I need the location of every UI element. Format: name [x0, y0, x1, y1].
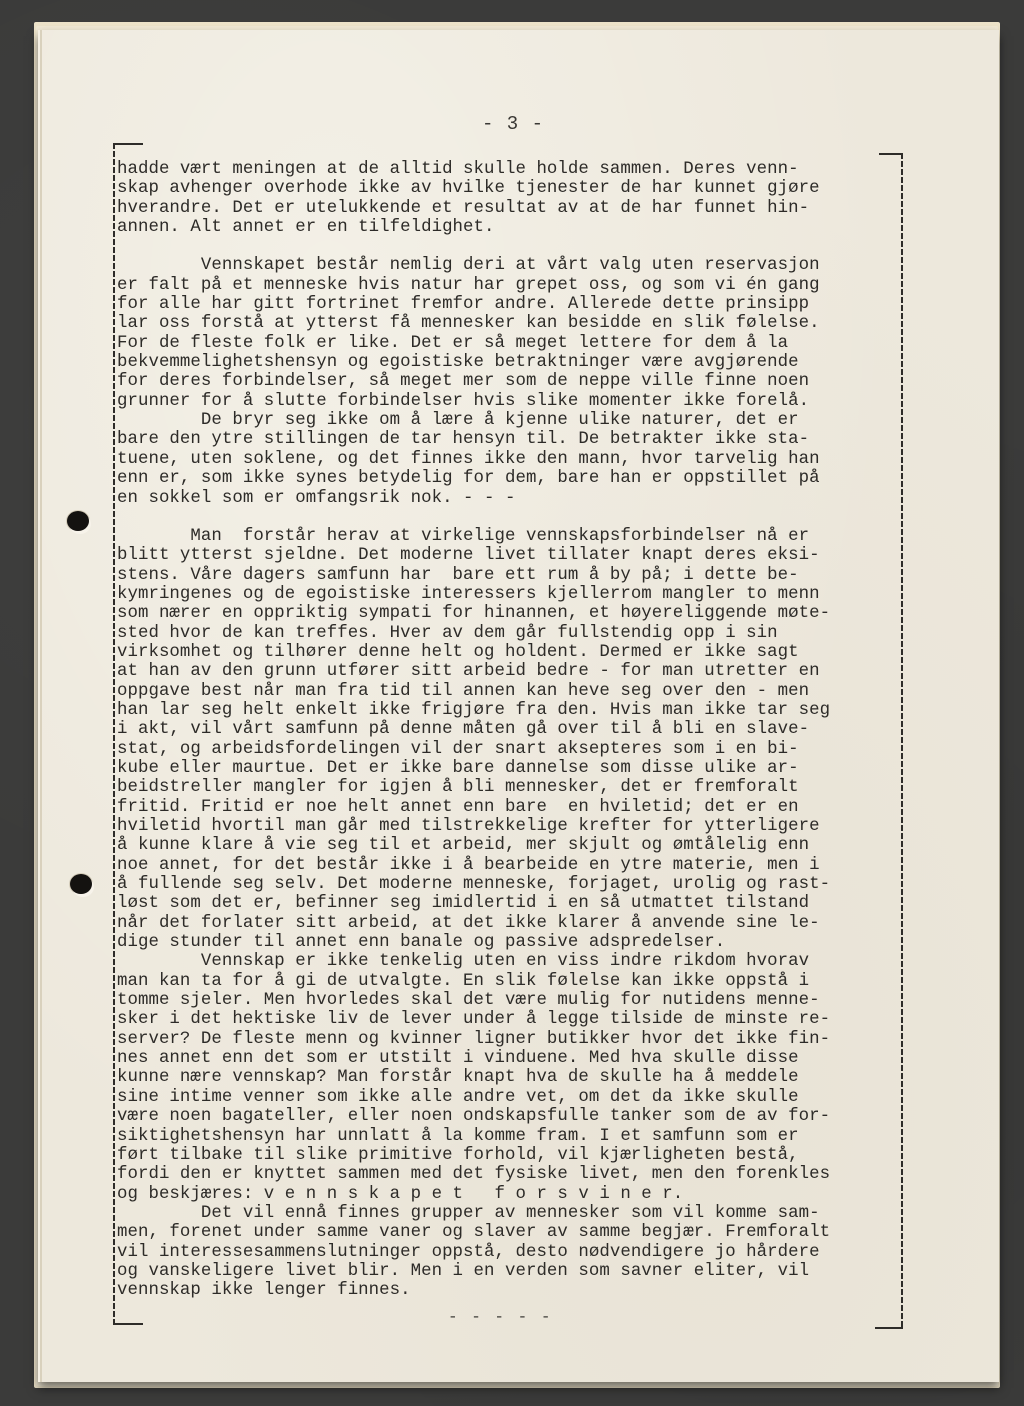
text-line: Vennskap er ikke tenkelig uten en viss i…: [117, 952, 907, 971]
text-line: hadde vært meningen at de alltid skulle …: [117, 160, 907, 179]
paragraph: Man forstår herav at virkelige vennskaps…: [117, 527, 907, 953]
text-line: kymringenes og de egoistiske interessers…: [117, 585, 907, 604]
text-line: å fullende seg selv. Det moderne mennesk…: [117, 875, 907, 894]
text-line: man kan ta for å gi de utvalgte. En slik…: [117, 972, 907, 991]
text-line: lar oss forstå at ytterst få mennesker k…: [117, 314, 907, 333]
text-line: enn er, som ikke synes betydelig for dem…: [117, 469, 907, 488]
paragraph: Det vil ennå finnes grupper av mennesker…: [117, 1204, 907, 1301]
text-line: Det vil ennå finnes grupper av mennesker…: [117, 1204, 907, 1223]
text-line: Vennskapet består nemlig deri at vårt va…: [117, 256, 907, 275]
text-line: De bryr seg ikke om å lære å kjenne ulik…: [117, 411, 907, 430]
closing-mark: - - - - -: [448, 1308, 552, 1326]
page-number: - 3 -: [482, 113, 544, 135]
frame-corner-top-right: [879, 153, 903, 155]
text-line: kube eller maurtue. Det er ikke bare dan…: [117, 759, 907, 778]
frame-corner-top-left: [113, 143, 143, 145]
text-line: og vanskeligere livet blir. Men i en ver…: [117, 1262, 907, 1281]
typewritten-body: hadde vært meningen at de alltid skulle …: [117, 160, 907, 1301]
frame-corner-bottom-right: [875, 1327, 903, 1329]
text-line: grunner for å slutte forbindelser hvis s…: [117, 392, 907, 411]
text-line: Man forstår herav at virkelige vennskaps…: [117, 527, 907, 546]
text-line: i akt, vil vårt samfunn på denne måten g…: [117, 720, 907, 739]
text-line: sted hvor de kan treffes. Hver av dem gå…: [117, 624, 907, 643]
paragraph: hadde vært meningen at de alltid skulle …: [117, 160, 907, 237]
frame-left-rule: [113, 143, 115, 1323]
frame-corner-bottom-left: [113, 1323, 143, 1325]
text-line: hviletid hvortil man går med tilstrekkel…: [117, 817, 907, 836]
punch-hole-icon: [67, 511, 89, 531]
text-line: en sokkel som er omfangsrik nok. - - -: [117, 489, 907, 508]
text-line: han lar seg helt enkelt ikke frigjøre fr…: [117, 701, 907, 720]
text-line: men, forenet under samme vaner og slaver…: [117, 1223, 907, 1242]
text-line: sker i det hektiske liv de lever under å…: [117, 1010, 907, 1029]
text-line: sine intime venner som ikke alle andre v…: [117, 1088, 907, 1107]
text-line: stens. Våre dagers samfunn har bare ett …: [117, 566, 907, 585]
text-line: bare den ytre stillingen de tar hensyn t…: [117, 430, 907, 449]
text-line: å kunne klare å vie seg til et arbeid, m…: [117, 836, 907, 855]
text-line: For de fleste folk er like. Det er så me…: [117, 334, 907, 353]
paragraph-gap: [117, 237, 907, 256]
text-line: når det forlater sitt arbeid, at det ikk…: [117, 914, 907, 933]
text-line: fritid. Fritid er noe helt annet enn bar…: [117, 798, 907, 817]
text-line: fordi den er knyttet sammen med det fysi…: [117, 1165, 907, 1184]
punch-hole-icon: [70, 874, 92, 894]
text-line: for deres forbindelser, så meget mer som…: [117, 372, 907, 391]
text-line: vennskap ikke lenger finnes.: [117, 1281, 907, 1300]
text-line: er falt på et menneske hvis natur har gr…: [117, 276, 907, 295]
text-line: for alle har gitt fortrinet fremfor andr…: [117, 295, 907, 314]
paragraph-gap: [117, 508, 907, 527]
text-line: noe annet, for det består ikke i å bearb…: [117, 856, 907, 875]
text-line: blitt ytterst sjeldne. Det moderne livet…: [117, 546, 907, 565]
text-line: ført tilbake til slike primitive forhold…: [117, 1146, 907, 1165]
paragraph: De bryr seg ikke om å lære å kjenne ulik…: [117, 411, 907, 508]
text-line: virksomhet og tilhører denne helt og hol…: [117, 643, 907, 662]
text-line: skap avhenger overhode ikke av hvilke tj…: [117, 179, 907, 198]
paragraph: Vennskap er ikke tenkelig uten en viss i…: [117, 952, 907, 1203]
text-line: være noen bagateller, eller noen ondskap…: [117, 1107, 907, 1126]
text-line: annen. Alt annet er en tilfeldighet.: [117, 218, 907, 237]
text-line: hverandre. Det er utelukkende et resulta…: [117, 199, 907, 218]
text-line: tuene, uten soklene, og det finnes ikke …: [117, 450, 907, 469]
text-line: bekvemmelighetshensyn og egoistiske betr…: [117, 353, 907, 372]
text-line: tomme sjeler. Men hvorledes skal det vær…: [117, 991, 907, 1010]
text-line: siktighetshensyn har unnlatt å la komme …: [117, 1127, 907, 1146]
text-line: dige stunder til annet enn banale og pas…: [117, 933, 907, 952]
page-edge: [40, 30, 42, 1382]
text-line: stat, og arbeidsfordelingen vil der snar…: [117, 740, 907, 759]
text-line: at han av den grunn utfører sitt arbeid …: [117, 662, 907, 681]
text-line: vil interessesammenslutninger oppstå, de…: [117, 1243, 907, 1262]
text-line: løst som det er, befinner seg imidlertid…: [117, 894, 907, 913]
text-line: oppgave best når man fra tid til annen k…: [117, 682, 907, 701]
text-line: og beskjæres: v e n n s k a p e t f o r …: [117, 1185, 907, 1204]
text-line: kunne nære vennskap? Man forstår knapt h…: [117, 1068, 907, 1087]
text-line: server? De fleste menn og kvinner ligner…: [117, 1030, 907, 1049]
paragraph: Vennskapet består nemlig deri at vårt va…: [117, 256, 907, 411]
text-line: nes annet enn det som er utstilt i vindu…: [117, 1049, 907, 1068]
text-line: som nærer en oppriktig sympati for hinan…: [117, 604, 907, 623]
text-line: beidstreller mangler for igjen å bli men…: [117, 778, 907, 797]
